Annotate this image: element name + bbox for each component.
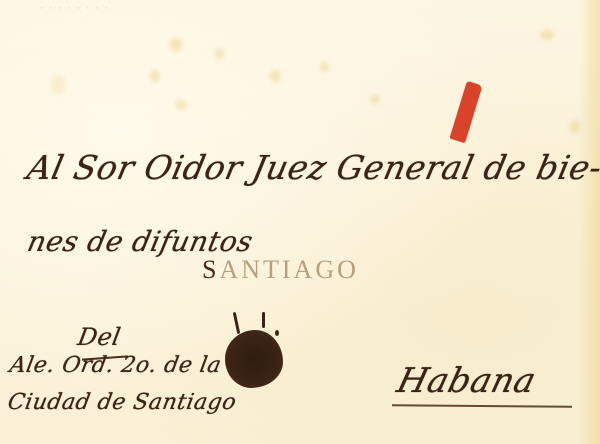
foxing-spot [320,62,329,72]
foxing-spot [175,100,187,110]
destination: Habana [393,361,540,401]
letter-cover: · · · · · · · · Al Sor Oidor Juez Genera… [0,0,600,444]
ink-blot-drip [275,330,279,336]
foxing-spot [540,30,554,40]
foxing-spot [50,75,66,95]
ink-blot [225,330,283,388]
sender-line-1: Ale. Ord. 2o. de la [8,353,224,378]
sender-line-2: Ciudad de Santiago [6,390,239,415]
foxing-spot [170,38,182,52]
foxing-spot [215,48,224,59]
ink-blot-drip [262,312,265,328]
foxing-spot [370,95,380,104]
red-rate-mark [450,81,483,143]
sender-prefix: Del [76,323,124,351]
address-line-1: Al Sor Oidor Juez General de bie- [24,148,600,187]
faint-top-marking: · · · · · · · · [40,3,110,13]
foxing-spot [270,70,281,82]
foxing-spot [150,70,160,82]
address-line-2: nes de difuntos [24,225,256,258]
destination-underline [392,404,572,408]
edge-stain [578,0,600,444]
ink-blot-drip [233,312,241,334]
postmark-rest: ANTIAGO [219,255,358,284]
postmark-first-letter: S [202,255,219,284]
santiago-postmark: SANTIAGO [202,255,359,285]
